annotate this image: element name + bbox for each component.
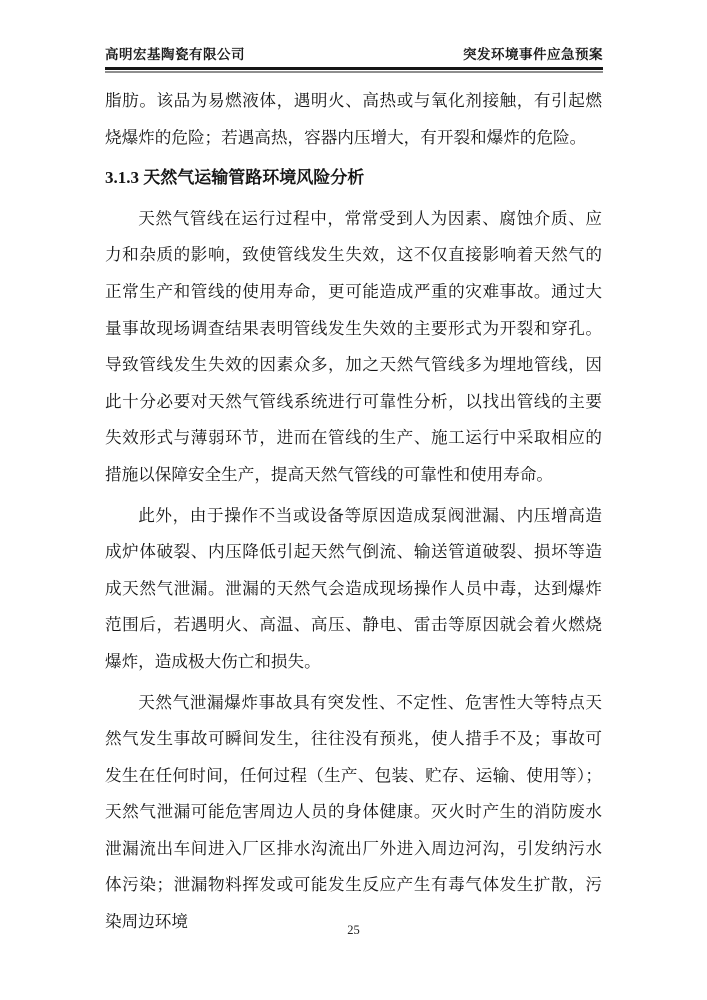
page-body: 脂肪。该品为易燃液体，遇明火、高热或与氧化剂接触，有引起燃烧爆炸的危险；若遇高热… — [105, 83, 602, 941]
page-footer: 25 — [0, 923, 707, 938]
body-paragraph: 天然气泄漏爆炸事故具有突发性、不定性、危害性大等特点天然气发生事故可瞬间发生，往… — [105, 685, 602, 941]
page-number: 25 — [347, 923, 360, 937]
body-paragraph: 此外，由于操作不当或设备等原因造成泵阀泄漏、内压增高造成炉体破裂、内压降低引起天… — [105, 498, 602, 681]
body-paragraph: 天然气管线在运行过程中，常常受到人为因素、腐蚀介质、应力和杂质的影响，致使管线发… — [105, 201, 602, 494]
header-company-name: 高明宏基陶瓷有限公司 — [105, 43, 245, 63]
paragraph-continuation: 脂肪。该品为易燃液体，遇明火、高热或与氧化剂接触，有引起燃烧爆炸的危险；若遇高热… — [105, 83, 602, 156]
header-rule-thin — [105, 71, 603, 73]
header-rule-thick — [105, 67, 603, 70]
header-doc-title: 突发环境事件应急预案 — [463, 43, 603, 63]
running-header: 高明宏基陶瓷有限公司 突发环境事件应急预案 — [105, 43, 603, 73]
section-heading: 3.1.3 天然气运输管路环境风险分析 — [105, 160, 602, 197]
document-page: 高明宏基陶瓷有限公司 突发环境事件应急预案 脂肪。该品为易燃液体，遇明火、高热或… — [0, 0, 707, 1000]
